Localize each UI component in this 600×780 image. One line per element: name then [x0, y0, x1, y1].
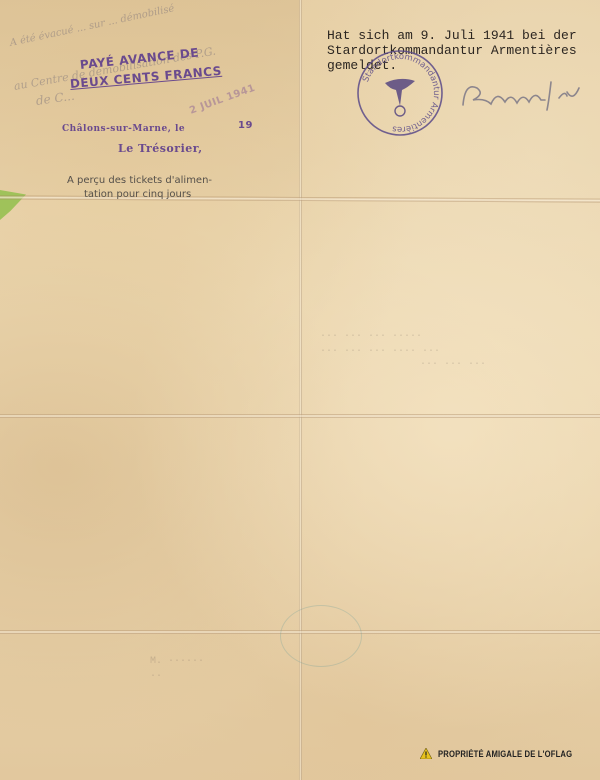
- bottom-faint-1: M. ······: [150, 655, 204, 668]
- watermark-text: PROPRIÉTÉ AMIGALE DE L'OFLAG: [438, 749, 572, 759]
- ghost-text-2: ··· ··· ··· ···· ···: [320, 345, 440, 358]
- horizontal-fold-line-2: [0, 414, 600, 418]
- ownership-watermark: PROPRIÉTÉ AMIGALE DE L'OFLAG: [420, 748, 596, 759]
- ration-note-line2: tation pour cinq jours: [84, 189, 191, 200]
- signature: [455, 70, 595, 120]
- treasurer-signatory: Le Trésorier,: [118, 142, 203, 155]
- warning-icon: [420, 748, 432, 759]
- faint-blue-stamp-trace: [280, 605, 362, 667]
- eagle-emblem-icon: [385, 79, 415, 116]
- scanned-document: A été évacué ... sur ... démobilisé au C…: [0, 0, 600, 780]
- bottom-faint-2: ··: [150, 670, 162, 683]
- year-suffix: 19: [238, 120, 253, 131]
- typed-line-1: Hat sich am 9. Juli 1941 bei der: [327, 28, 577, 43]
- place-date-prefix: Châlons-sur-Marne, le: [62, 124, 185, 134]
- kommandantur-round-stamp: Standortkommandantur Armentières: [355, 48, 445, 138]
- ghost-text-1: ··· ··· ··· ·····: [320, 330, 422, 343]
- ghost-text-3: ··· ··· ···: [420, 358, 486, 371]
- ration-note-line1: A perçu des tickets d'alimen-: [67, 175, 212, 186]
